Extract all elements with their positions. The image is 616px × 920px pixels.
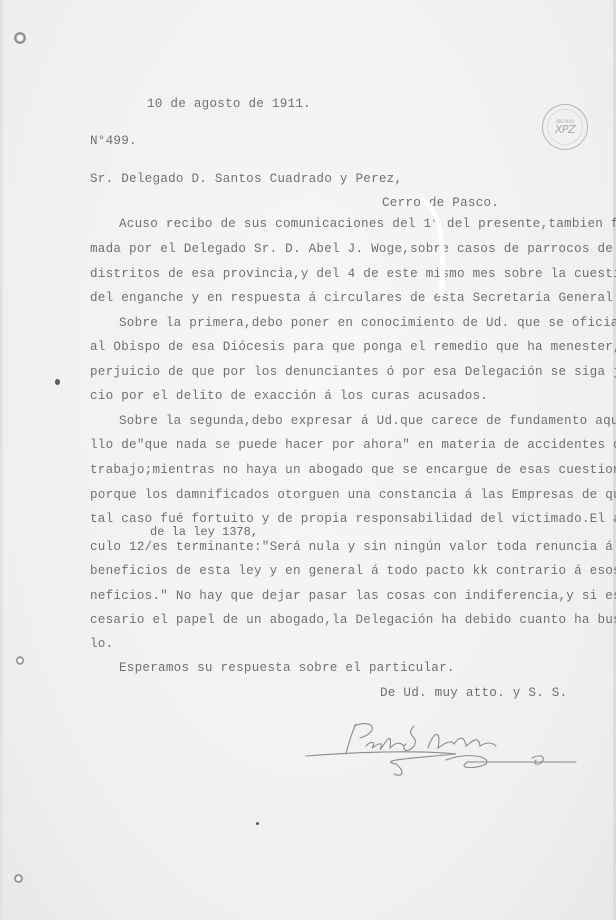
body-line: mada por el Delegado Sr. D. Abel J. Woge… [90, 242, 613, 256]
archive-stamp: ARCHIVO XPZ [542, 104, 588, 150]
body-line: cesario el papel de un abogado,la Delega… [90, 613, 616, 627]
interlinear-insert: de la ley 1378, [150, 526, 258, 538]
body-line: Sobre la segunda,debo expresar á Ud.que … [119, 414, 616, 428]
body-line: del enganche y en respuesta á circulares… [90, 291, 616, 305]
body-line: distritos de esa provincia,y del 4 de es… [90, 267, 616, 281]
handwritten-signature [296, 712, 578, 782]
page-edge-left [0, 0, 3, 920]
ink-dot-left [55, 379, 60, 385]
punch-hole-bottom [14, 874, 23, 883]
letter-date: 10 de agosto de 1911. [147, 97, 311, 111]
letter-number: N°499. [90, 134, 137, 148]
punch-hole-middle [16, 656, 24, 665]
body-line: culo 12/es terminante:"Será nula y sin n… [90, 540, 616, 554]
body-line: Esperamos su respuesta sobre el particul… [119, 661, 455, 675]
punch-hole-top [14, 32, 26, 44]
body-line: Sobre la primera,debo poner en conocimie… [119, 316, 616, 330]
body-line: tal caso fué fortuito y de propia respon… [90, 512, 616, 526]
body-line: cio por el delito de exacción á los cura… [90, 389, 488, 403]
stamp-ring [547, 109, 583, 145]
body-line: porque los damnificados otorguen una con… [90, 488, 616, 502]
letter-closing: De Ud. muy atto. y S. S. [380, 686, 567, 700]
body-line: lo. [90, 637, 113, 651]
paper-tear-mark [418, 198, 448, 298]
body-line: perjuicio de que por los denunciantes ó … [90, 365, 616, 379]
body-line: llo de"que nada se puede hacer por ahora… [90, 438, 616, 452]
body-line: beneficios de esta ley y en general á to… [90, 564, 616, 578]
body-line: Acuso recibo de sus comunicaciones del 1… [119, 217, 616, 231]
document-page: ARCHIVO XPZ 10 de agosto de 1911. N°499.… [0, 0, 616, 920]
body-line: neficios." No hay que dejar pasar las co… [90, 589, 616, 603]
letter-addressee: Sr. Delegado D. Santos Cuadrado y Perez, [90, 172, 402, 186]
body-line: al Obispo de esa Diócesis para que ponga… [90, 340, 616, 354]
ink-dot-bottom [256, 822, 259, 825]
body-line: trabajo;mientras no haya un abogado que … [90, 463, 616, 477]
